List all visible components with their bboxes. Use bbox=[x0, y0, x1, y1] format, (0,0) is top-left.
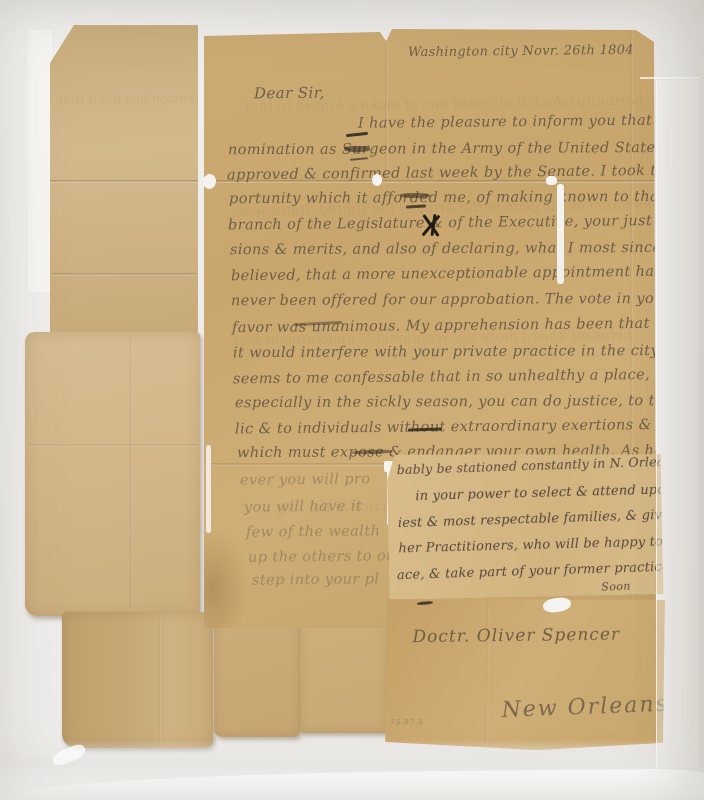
paper-tear-sliver bbox=[557, 184, 564, 284]
letter-line: iest & most respectable families, & give bbox=[398, 508, 664, 532]
bleed-through-text: favor was unanimous. My apprehension has… bbox=[58, 89, 198, 109]
letter-line-stub: ever you will pro bbox=[240, 471, 371, 488]
correction-scribble bbox=[350, 157, 368, 161]
photo-backdrop: favor was unanimous. My apprehension has… bbox=[0, 0, 704, 800]
letter-salutation: Dear Sir, bbox=[254, 84, 325, 103]
letter-line: it would interfere with your private pra… bbox=[233, 343, 656, 361]
paper-tear bbox=[546, 176, 557, 185]
fold-crease bbox=[204, 463, 392, 466]
paper-tear bbox=[372, 174, 382, 186]
letter-line-stub: up the others to ot bbox=[248, 548, 393, 566]
letter-line: believed, that a more unexceptionable ap… bbox=[231, 264, 656, 285]
address-destination: New Orleans bbox=[501, 692, 665, 723]
letter-line: in your power to select & attend upon a bbox=[415, 482, 663, 504]
fold-crease bbox=[50, 180, 198, 183]
fold-crease bbox=[485, 601, 490, 745]
letter-line: sions & merits, and also of declaring, w… bbox=[230, 240, 656, 258]
fold-crease bbox=[130, 338, 133, 610]
letter-line: portunity which it afforded me, of makin… bbox=[229, 189, 656, 207]
paper-fragment-top-left: favor was unanimous. My apprehension has… bbox=[50, 25, 198, 332]
letter-dateline: Washington city Novr. 26th 1804 bbox=[408, 43, 634, 60]
fold-crease bbox=[29, 444, 197, 447]
letter-line-stub: you will have it bbox=[244, 498, 362, 515]
paper-fragment-bottom-left bbox=[62, 612, 213, 748]
letter-line-stub: step into your pl bbox=[252, 571, 380, 588]
accession-mark: 75.87.5 bbox=[390, 718, 424, 726]
letter-line: seems to me confessable that in so unhea… bbox=[233, 367, 656, 388]
letter-catchword: Soon bbox=[601, 580, 631, 594]
paper-stain bbox=[204, 526, 248, 628]
correction-scribble bbox=[400, 193, 430, 198]
letter-line: I have the pleasure to inform you that y… bbox=[358, 112, 656, 131]
letter-line: never been offered for our approbation. … bbox=[231, 291, 656, 309]
address-recipient: Doctr. Oliver Spencer bbox=[412, 625, 620, 648]
correction-scribble bbox=[346, 132, 368, 137]
paper-fragment-left-middle bbox=[25, 332, 200, 616]
letter-line-stub: few of the wealth bbox=[246, 523, 380, 540]
letter-line: especially in the sickly season, you can… bbox=[235, 393, 656, 411]
fold-crease bbox=[158, 614, 161, 746]
letter-line: her Practitioners, who will be happy to bbox=[398, 534, 663, 556]
letter-fragment-overlay: bably be stationed constantly in N. Orle… bbox=[387, 449, 664, 600]
letter-line: lic & to individuals without extraordina… bbox=[235, 417, 656, 438]
address-panel: Doctr. Oliver Spencer New Orleans 75.87.… bbox=[385, 596, 665, 752]
fold-crease bbox=[50, 273, 198, 276]
paper-tear bbox=[206, 445, 211, 533]
ink-squiggle bbox=[417, 601, 433, 605]
plastic-sleeve-left-edge bbox=[28, 30, 52, 292]
letter-line: nomination as Surgeon in the Army of the… bbox=[228, 140, 656, 158]
correction-scribble bbox=[344, 146, 370, 152]
letter-line: bably be stationed constantly in N. Orle… bbox=[397, 453, 664, 477]
